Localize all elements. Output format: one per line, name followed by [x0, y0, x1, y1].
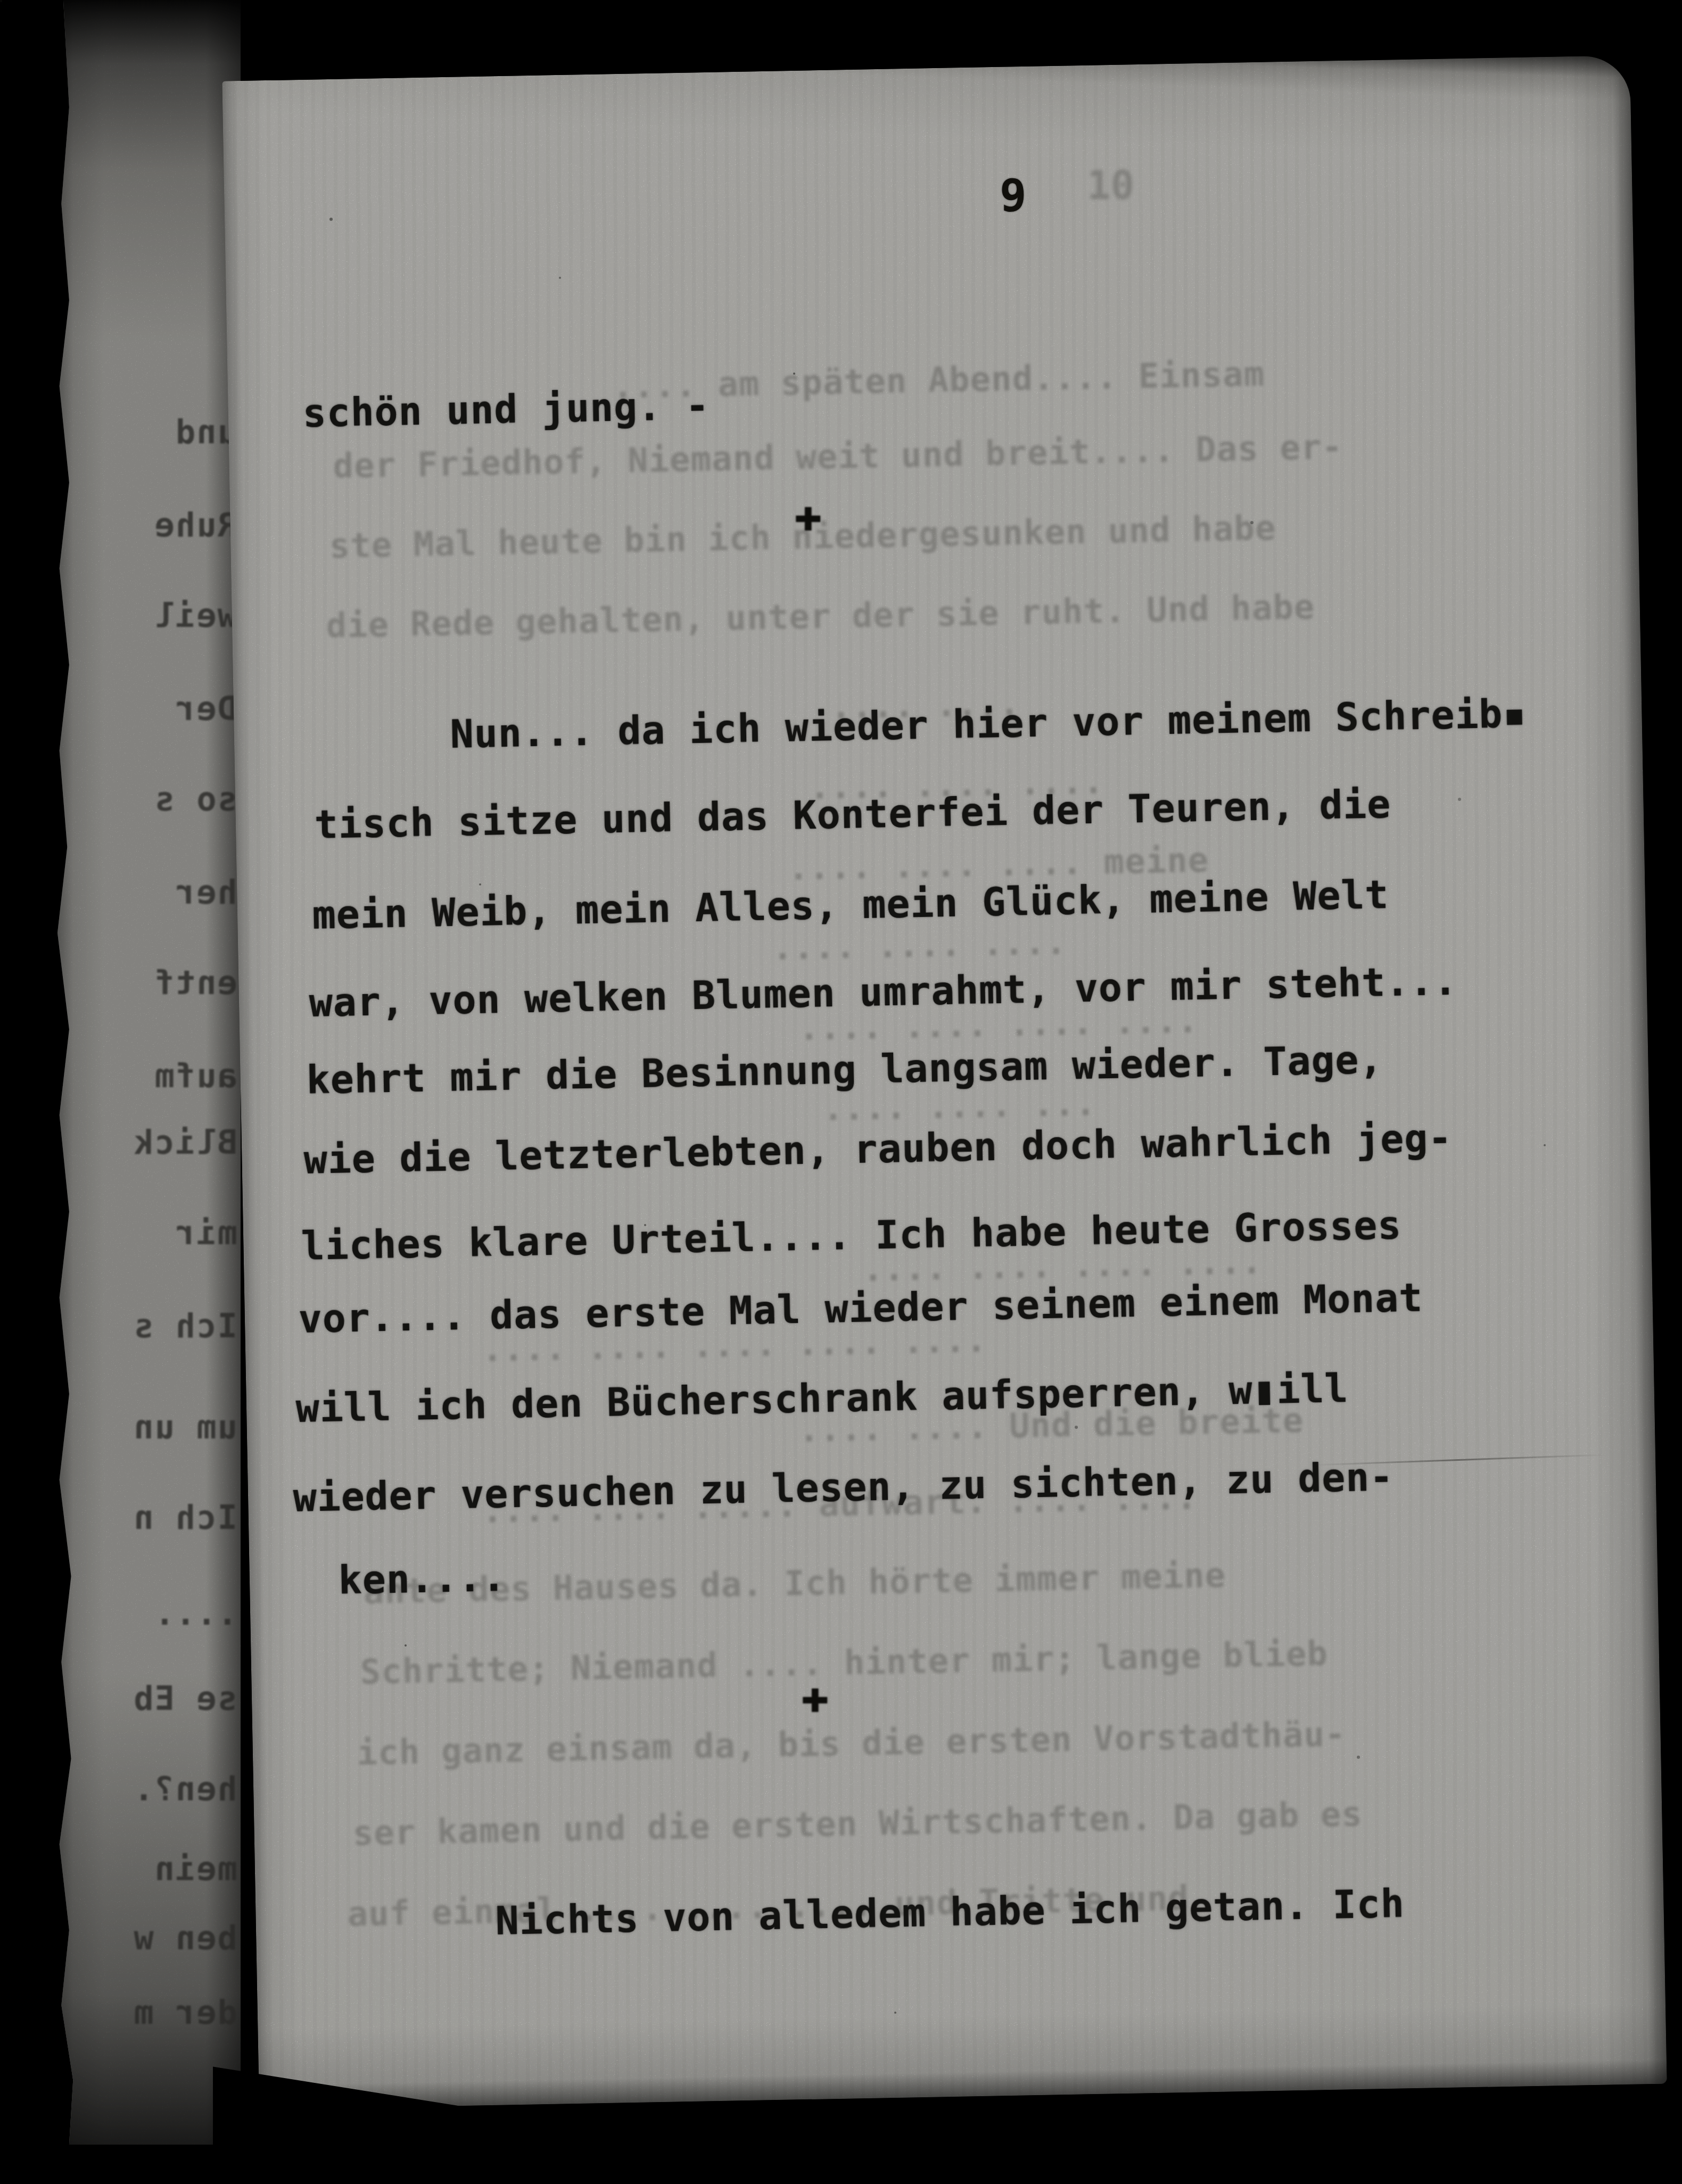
- dust-specks: [0, 0, 2, 2]
- strip-text-fragment: aufm: [62, 1056, 237, 1095]
- strip-text-fragment: Blick: [62, 1123, 237, 1162]
- strip-text-fragment: se Eb: [62, 1679, 237, 1718]
- previous-page-edge-strip: und Ruhe weil Der so s her entf aufm Bli…: [46, 0, 241, 2145]
- strip-text-fragment: um un: [62, 1408, 237, 1446]
- strip-text-fragment: und: [62, 412, 237, 451]
- strip-text-fragment: so s: [62, 780, 237, 818]
- typed-line: schön und jung. -: [302, 383, 710, 436]
- strip-text-fragment: Der: [62, 689, 237, 728]
- typed-line: ken....: [338, 1555, 506, 1603]
- strip-text-fragment: Ich n: [62, 1498, 237, 1537]
- strip-text-fragment: her: [62, 873, 237, 912]
- strip-text-fragment: entf: [62, 963, 237, 1002]
- microfilm-scan-background: und Ruhe weil Der so s her entf aufm Bli…: [0, 0, 1682, 2184]
- strip-text-fragment: mein: [62, 1849, 237, 1888]
- strip-text-fragment: hen?.: [62, 1769, 237, 1808]
- strip-text-fragment: mir: [62, 1213, 237, 1252]
- strip-text-fragment: Ich s: [62, 1306, 237, 1345]
- strip-text-fragment: ben w: [62, 1918, 237, 1957]
- strip-text-fragment: der m: [62, 1993, 237, 2032]
- strip-text-fragment: weil: [62, 596, 237, 635]
- ghost-page-number: 10: [1087, 163, 1134, 209]
- strip-text-fragment: Ruhe: [62, 506, 237, 544]
- section-divider-cross: ✚: [801, 1668, 829, 1723]
- strip-text-fragment: ....: [62, 1594, 237, 1633]
- bleedthrough-line: .... .... ....: [772, 923, 1067, 968]
- page-number: 9: [1000, 169, 1027, 221]
- section-divider-cross: ✚: [794, 487, 822, 542]
